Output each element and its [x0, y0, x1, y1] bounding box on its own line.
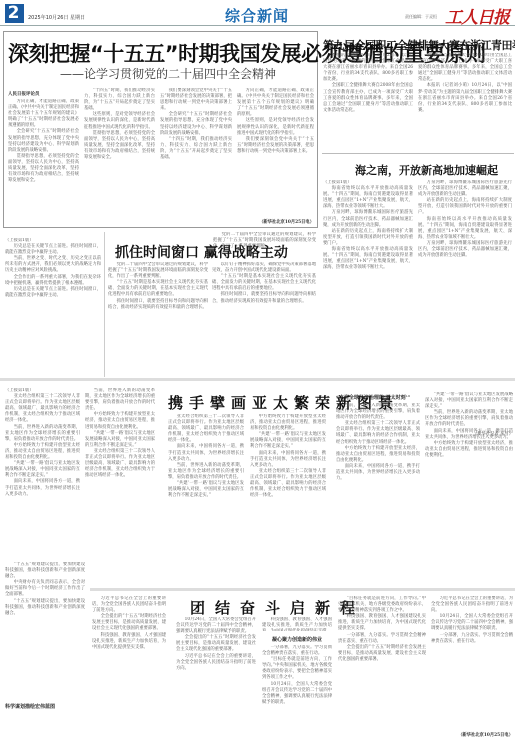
paragraph: 贯彻指导思想，必须坚持党的全面领导，坚持以人民为中心，坚持高质量发展，坚持全面深…: [8, 154, 79, 184]
paragraph: 本报讯（记者刘小萌）10月24日，以“中国梦·劳动美”为主题的第九届全国职工全健…: [418, 83, 512, 113]
paragraph: “共建‘一带一路’倡议与亚太地区发展战略深入对接，中国同亚太国家的互利合作不断走…: [425, 392, 513, 410]
paragraph: “目标任务就是前进方向，工作导向。”中央和国家机关、地方各级党委政府纷纷表示，要…: [262, 657, 332, 681]
hainan-column-2: 万泉河畔，琼海博鳌乐城国际医疗旅游先行区内，全球前沿医疗技术、药品器械加速汇聚，…: [418, 180, 512, 380]
paragraph: 党的二十届四中全会审议通过的规划建议，科学把握了“十五五”时期我国发展环境面临的…: [108, 262, 208, 280]
side-column-1: 本报讯（记者刘小萌）10月24日，以“中国梦·劳动美”为主题的第九届全国职工全健…: [323, 53, 413, 148]
paragraph: 当前，世界进入新的动荡变革期，亚太地区作为全球经济增长的重要引擎，肩负着推动开放…: [168, 463, 244, 481]
paragraph: 历史总是在关键节点上前进。抓住时间窗口，就能在激烈竞争中赢得主动。: [5, 244, 101, 256]
page-number: 2: [5, 4, 22, 23]
lead-source: （新华社北京10月25日电）: [237, 219, 314, 225]
paragraph: 以钉钉子精神抓好落实，确保党中央决策部署落地见效，奋力开创中国式现代化建设新局面…: [212, 262, 316, 274]
paragraph: 中方始终致力于构建开放型亚太经济，推动亚太自由贸易区进程，推进贸易和投资自由化便…: [5, 443, 80, 461]
hainan-column-1: （上接第1版） 海南省始终以高水平开放推动高质量发展。“十四五”期间，海南自贸港…: [323, 180, 413, 380]
side-column-2: 全国职工全健排舞大赛自2008年由全国总工会宣传教育部主办，已成为一项深受广大职…: [418, 53, 512, 148]
paragraph: 一分部署，九分落实。学习贯彻全会精神贵在落实、重在行动。: [338, 633, 426, 645]
paragraph: 全会研究“十五五”时期经济社会发展的指导思想，充分体现了党中央坚持以经济建设为中…: [8, 129, 79, 153]
paragraph: 一分部署，九分落实。学习贯彻全会精神贵在落实、重在行动。: [262, 645, 332, 657]
paragraph: 全会提出的“十五五”时期经济社会发展主要目标，是推动高质量发展、建设社会主义现代…: [176, 635, 256, 653]
unity-column-5: 习近平总书记在全会上的重要讲话，为全党全国各族人民团结奋斗指明了前进方向。 10…: [431, 596, 513, 730]
paragraph: 本报讯（记者刘小萌）10月24日，以“中国梦·劳动美”为主题的第九届全国职工全健…: [323, 53, 413, 83]
paragraph: 亚太经合组织第三十二次领导人非正式会议即将举行。作为亚太地区层级最高、领域最广、…: [250, 469, 326, 499]
paragraph: 全会提出的“十五五”时期经济社会发展主要目标，是推动高质量发展、建设社会主义现代…: [338, 645, 426, 663]
asia-column-4: 当前，世界进入新的动荡变革期，亚太地区作为全球经济增长的重要引擎，肩负着推动开放…: [336, 403, 420, 556]
paragraph: 这些原则，是对党领导经济社会发展规律性认识的深化，是新时代新征程推进中国式现代化…: [237, 118, 314, 136]
paragraph: 面向未来，中国将同各方一道，携手打造亚太共同体，为世界经济增长注入更多动力。: [336, 464, 420, 482]
section-divider: [90, 588, 515, 591]
unity-column-3: 一分部署，九分落实。学习贯彻全会精神贵在落实、重在行动。 “目标任务就是前进方向…: [262, 645, 332, 738]
paragraph: 方向正确，才能道路正确、政策正确。《中共中央关于制定国民经济和社会发展第十五个五…: [237, 88, 314, 118]
paragraph: 海南省始终以高水平开放推动高质量发展。“十四五”期间，海南自贸港建设取得显著进展…: [323, 247, 413, 271]
asia-column-2: 亚太经合组织第三十二次领导人非正式会议即将举行。作为亚太地区层级最高、领域最广、…: [168, 414, 244, 556]
paragraph: 全国职工全健排舞大赛自2008年由全国总工会宣传教育部主办，已成为一项深受广大职…: [323, 83, 413, 113]
asia-source: （新华社记者 采写）: [425, 431, 513, 437]
paragraph: 科技强国、教育强国、人才强国建设扎实推进，新质生产力加快培育，为中国式现代化提供…: [262, 617, 332, 631]
paragraph: 万泉河畔，琼海博鳌乐城国际医疗旅游先行区内，全球前沿医疗技术、药品器械加速汇聚，…: [418, 241, 512, 259]
paragraph: 党的二十届四中全会审议通过的规划建议，科学把握了“十五五”时期我国发展环境面临的…: [213, 232, 316, 250]
paragraph: “十四五”时期，我们推动经济实力、科技实力、综合国力跃上新台阶，为“十五五”开局…: [84, 88, 155, 112]
paragraph: 习近平总书记在全会上的重要讲话，为全党全国各族人民团结奋斗指明了前进方向。: [176, 654, 256, 672]
paragraph: 海南省始终以高水平开放推动高质量发展。“十四五”期间，海南自贸港建设取得显著进展…: [323, 186, 413, 210]
paragraph: 全会作出的一系列重大部署，为我们在复杂环境中把握机遇、赢得优势提供了根本遵循。: [5, 275, 101, 287]
paragraph: 历史总是在关键节点上前进。抓住时间窗口，就能在激烈竞争中赢得主动。: [5, 287, 101, 299]
asia-left-column: （上接第1版） 亚太经合组织第三十二次领导人非正式会议即将举行。作为亚太地区层级…: [5, 388, 80, 556]
paragraph: 10月24日，全国人大常委会党组召开会议传达学习党的二十届四中全会精神，强调要认…: [431, 614, 513, 632]
paragraph: 站在新的历史起点上，海南将持续扩大制度型开放，打造引领我国新时代对外开放的重要门…: [323, 229, 413, 247]
paragraph: 抓住时间窗口，就要坚持目标导向和问题导向相结合，推动经济实现质的有效提升和量的合…: [212, 292, 316, 304]
paragraph: 面向未来，中国将同各方一道，携手打造亚太共同体，为世界经济增长注入更多动力。: [168, 444, 244, 462]
lead-subheadline: ——论学习贯彻党的二十届四中全会精神: [60, 65, 276, 82]
paragraph: 亚太经合组织第三十二次领导人非正式会议即将举行。作为亚太地区层级最高、领域最广、…: [336, 421, 420, 445]
lead-column-1: 方向正确，才能道路正确、政策正确。《中共中央关于制定国民经济和社会发展第十五个五…: [8, 99, 79, 225]
paragraph: 当前，世界进入新的动荡变革期，亚太地区作为全球经济增长的重要引擎，肩负着推动开放…: [425, 410, 513, 428]
paragraph: 10月24日，全国人大常委会党组召开会议传达学习党的二十届四中全会精神，强调要认…: [262, 682, 332, 706]
divider: [104, 232, 105, 377]
paragraph: “共建‘一带一路’倡议与亚太地区发展战略深入对接，中国同亚太国家的互利合作不断走…: [168, 481, 244, 499]
unity-source: （新华社北京10月25日电）: [431, 732, 513, 738]
paragraph: “十五五”规划建议提出，要加快建设科技强国，推动科技创新和产业创新深度融合。: [5, 599, 85, 617]
unity-sub-heading[interactable]: 凝心聚力创造新的伟业: [272, 636, 322, 643]
unity-column-2: 10月24日，全国人大常委会党组召开会议传达学习党的二十届四中全会精神，强调要认…: [176, 617, 256, 738]
paragraph: 科技强国、教育强国、人才强国建设扎实推进，新质生产力加快培育，为中国式现代化提供…: [92, 633, 166, 651]
paragraph: 万泉河畔，琼海博鳌乐城国际医疗旅游先行区内，全球前沿医疗技术、药品器械加速汇聚，…: [323, 210, 413, 228]
left-bottom-heading[interactable]: 科学谋划描绘宏伟蓝图: [5, 703, 55, 710]
paragraph: 全会研究“十五五”时期经济社会发展的指导思想，充分体现了党中央坚持以经济建设为中…: [160, 112, 232, 136]
window-column-2: 以钉钉子精神抓好落实，确保党中央决策部署落地见效，奋力开创中国式现代化建设新局面…: [212, 262, 316, 374]
paragraph: 中央财办有关负责同志表示，全会对做好当前和今后一个时期经济工作作出了全面部署。: [5, 580, 85, 598]
paragraph: 全会提出的“十五五”时期经济社会发展主要目标，是推动高质量发展、建设社会主义现代…: [92, 614, 166, 632]
unity-column-1: 习近平总书记在全会上的重要讲话，为全党全国各族人民团结奋斗指明了前进方向。 全会…: [92, 596, 166, 738]
paragraph: 习近平总书记在全会上的重要讲话，为全党全国各族人民团结奋斗指明了前进方向。: [92, 596, 166, 614]
hainan-headline[interactable]: 海之南，开放新高地加速崛起: [355, 162, 498, 178]
paragraph: 亚太经合组织第三十二次领导人非正式会议即将举行。作为亚太地区层级最高、领域最广、…: [5, 394, 80, 424]
paragraph: 这些原则，是对党领导经济社会发展规律性认识的深化，是新时代新征程推进中国式现代化…: [84, 112, 155, 130]
paragraph: “十五五”时期是基本实现社会主义现代化夯实基础、全面发力的关键时期，在基本实现社…: [212, 274, 316, 292]
paragraph: 我们要深刻领会党中央关于“十五五”时期经济社会发展的决策部署，把思想和行动统一到…: [160, 88, 232, 112]
paragraph: 我们要深刻领会党中央关于“十五五”时期经济社会发展的决策部署，把思想和行动统一到…: [237, 137, 314, 155]
paragraph: 万泉河畔，琼海博鳌乐城国际医疗旅游先行区内，全球前沿医疗技术、药品器械加速汇聚，…: [418, 180, 512, 198]
divider: [322, 153, 514, 154]
asia-column-5: “共建‘一带一路’倡议与亚太地区发展战略深入对接，中国同亚太国家的互利合作不断走…: [425, 392, 513, 556]
paragraph: 科技强国、教育强国、人才强国建设扎实推进，新质生产力加快培育，为中国式现代化提供…: [338, 614, 426, 632]
newspaper-logo: 工人日报: [445, 3, 509, 28]
paragraph: 面向未来，中国将同各方一道，携手打造亚太共同体，为世界经济增长注入更多动力。: [5, 479, 80, 497]
paragraph: “十四五”时期，我们推动经济实力、科技实力、综合国力跃上新台阶，为“十五五”开局…: [160, 137, 232, 161]
paragraph: 亚太经合组织第三十二次领导人非正式会议即将举行。作为亚太地区层级最高、领域最广、…: [168, 414, 244, 444]
unity-column-4: “目标任务就是前进方向，工作导向。”中央和国家机关、地方各级党委政府纷纷表示，要…: [338, 596, 426, 738]
paragraph: “十五五”时期是基本实现社会主义现代化夯实基础、全面发力的关键时期，在基本实现社…: [108, 280, 208, 298]
paragraph: 全国职工全健排舞大赛自2008年由全国总工会宣传教育部主办，已成为一项深受广大职…: [418, 53, 512, 83]
paragraph: 当前，世界进入新的动荡变革期，亚太地区作为全球经济增长的重要引擎，肩负着推动开放…: [336, 403, 420, 421]
asia-column-3: 中方始终致力于构建开放型亚太经济，推动亚太自由贸易区进程，推进贸易和投资自由化便…: [250, 414, 326, 556]
page-number-bar: [22, 4, 24, 23]
left-bottom-column: “十五五”规划建议提出，要加快建设科技强国，推动科技创新和产业创新深度融合。 中…: [5, 562, 85, 702]
lead-column-4: 方向正确，才能道路正确、政策正确。《中共中央关于制定国民经济和社会发展第十五个五…: [237, 88, 314, 218]
paragraph: 当前，世界之变、时代之变、历史之变正以前所未有的方式展开，我们必须以更大的战略定…: [5, 256, 101, 274]
paragraph: 习近平总书记在全会上的重要讲话，为全党全国各族人民团结奋斗指明了前进方向。: [431, 596, 513, 614]
paragraph: “十五五”规划建议提出，要加快建设科技强国，推动科技创新和产业创新深度融合。: [5, 562, 85, 580]
paragraph: “目标任务就是前进方向，工作导向。”中央和国家机关、地方各级党委政府纷纷表示，要…: [338, 596, 426, 614]
issue-date: 2025年10月26日 星期日: [28, 14, 85, 21]
paragraph: 10月24日，全国人大常委会党组召开会议传达学习党的二十届四中全会精神，强调要认…: [176, 617, 256, 635]
paragraph: “共建‘一带一路’倡议与亚太地区发展战略深入对接，中国同亚太国家的互利合作不断走…: [5, 461, 80, 479]
lead-byline: 人民日报评论员: [8, 91, 40, 97]
paragraph: 贯彻指导思想，必须坚持党的全面领导，坚持以人民为中心，坚持高质量发展，坚持全面深…: [84, 131, 155, 161]
unity-column-3-top: 科技强国、教育强国、人才强国建设扎实推进，新质生产力加快培育，为中国式现代化提供…: [262, 617, 332, 631]
paragraph: “共建‘一带一路’倡议与亚太地区发展战略深入对接，中国同亚太国家的互利合作不断走…: [85, 431, 155, 449]
asia-column-1: 当前，世界进入新的动荡变革期，亚太地区作为全球经济增长的重要引擎，肩负着推动开放…: [85, 388, 155, 556]
section-divider: [0, 378, 515, 381]
paragraph: 亚太经合组织第三十二次领导人非正式会议即将举行。作为亚太地区层级最高、领域最广、…: [85, 449, 155, 479]
asia-side-heading[interactable]: “点亮全球经济治理的‘亚太时刻’”: [336, 394, 410, 401]
paragraph: 当前，世界进入新的动荡变革期，亚太地区作为全球经济增长的重要引擎，肩负着推动开放…: [85, 388, 155, 412]
lead-column-2: “十四五”时期，我们推动经济实力、科技实力、综合国力跃上新台阶，为“十五五”开局…: [84, 88, 155, 225]
paragraph: 当前，世界进入新的动荡变革期，亚太地区作为全球经济增长的重要引擎，肩负着推动开放…: [5, 425, 80, 443]
editor-credit: 责任编辑：于灵恒: [405, 14, 437, 20]
paragraph: 抓住时间窗口，就要坚持目标导向和问题导向相结合，推动经济实现质的有效提升和量的合…: [108, 299, 208, 311]
middle-left-column: （上接第1版） 历史总是在关键节点上前进。抓住时间窗口，就能在激烈竞争中赢得主动…: [5, 238, 101, 373]
paragraph: 方向正确，才能道路正确、政策正确。《中共中央关于制定国民经济和社会发展第十五个五…: [8, 99, 79, 129]
paragraph: 中方始终致力于构建开放型亚太经济，推动亚太自由贸易区进程，推进贸易和投资自由化便…: [336, 446, 420, 464]
side-headline[interactable]: 第九届全国职工全健排舞大赛在浙江青田举行: [323, 37, 515, 53]
section-title: 综合新闻: [225, 5, 289, 26]
paragraph: 站在新的历史起点上，海南将持续扩大制度型开放，打造引领我国新时代对外开放的重要门…: [418, 198, 512, 216]
paragraph: 中方始终致力于构建开放型亚太经济，推动亚太自由贸易区进程，推进贸易和投资自由化便…: [85, 412, 155, 430]
window-column-1: 党的二十届四中全会审议通过的规划建议，科学把握了“十五五”时期我国发展环境面临的…: [108, 262, 208, 374]
paragraph: 面向未来，中国将同各方一道，携手打造亚太共同体，为世界经济增长注入更多动力。: [250, 451, 326, 469]
paragraph: “共建‘一带一路’倡议与亚太地区发展战略深入对接，中国同亚太国家的互利合作不断走…: [250, 432, 326, 450]
paragraph: 一分部署，九分落实。学习贯彻全会精神贵在落实、重在行动。: [431, 633, 513, 645]
lead-column-3: 我们要深刻领会党中央关于“十五五”时期经济社会发展的决策部署，把思想和行动统一到…: [160, 88, 232, 225]
paragraph: 中方始终致力于构建开放型亚太经济，推动亚太自由贸易区进程，推进贸易和投资自由化便…: [425, 441, 513, 459]
paragraph: 海南省始终以高水平开放推动高质量发展。“十四五”期间，海南自贸港建设取得显著进展…: [418, 217, 512, 241]
paragraph: 中方始终致力于构建开放型亚太经济，推动亚太自由贸易区进程，推进贸易和投资自由化便…: [250, 414, 326, 432]
window-column-top: 党的二十届四中全会审议通过的规划建议，科学把握了“十五五”时期我国发展环境面临的…: [213, 232, 316, 260]
